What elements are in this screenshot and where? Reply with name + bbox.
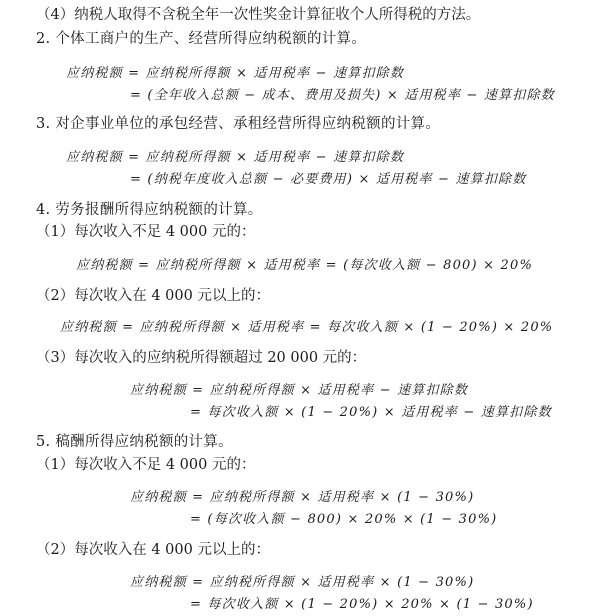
section-4-heading: 4. 劳务报酬所得应纳税额的计算。 [36, 200, 263, 220]
formula-2-line-2: = (全年收入总额 − 成本、费用及损失) × 适用税率 − 速算扣除数 [130, 86, 555, 106]
section-4-case-2: （2）每次收入在 4 000 元以上的： [36, 286, 270, 306]
formula-3-line-1: 应纳税额 = 应纳税所得额 × 适用税率 − 速算扣除数 [66, 148, 404, 168]
formula-3-line-2: = (纳税年度收入总额 − 必要费用) × 适用税率 − 速算扣除数 [130, 170, 526, 190]
section-4-case-3: （3）每次收入的应纳税所得额超过 20 000 元的： [36, 348, 366, 368]
formula-4-case-2: 应纳税额 = 应纳税所得额 × 适用税率 = 每次收入额 × (1 − 20%)… [60, 318, 553, 338]
formula-5-case-2-line-2: = 每次收入额 × (1 − 20%) × 20% × (1 − 30%) [190, 595, 534, 615]
formula-2-line-1: 应纳税额 = 应纳税所得额 × 适用税率 − 速算扣除数 [66, 64, 404, 84]
formula-4-case-1: 应纳税额 = 应纳税所得额 × 适用税率 = (每次收入额 − 800) × 2… [76, 256, 533, 276]
section-5-heading: 5. 稿酬所得应纳税额的计算。 [36, 432, 233, 452]
formula-5-case-1-line-1: 应纳税额 = 应纳税所得额 × 适用税率 × (1 − 30%) [130, 488, 474, 508]
section-5-case-1: （1）每次收入不足 4 000 元的： [36, 455, 255, 475]
formula-5-case-2-line-1: 应纳税额 = 应纳税所得额 × 适用税率 × (1 − 30%) [130, 573, 474, 593]
section-5-case-2: （2）每次收入在 4 000 元以上的： [36, 540, 270, 560]
formula-4-case-3-line-1: 应纳税额 = 应纳税所得额 × 适用税率 − 速算扣除数 [130, 381, 468, 401]
section-3-heading: 3. 对企事业单位的承包经营、承租经营所得应纳税额的计算。 [36, 114, 440, 134]
section-2-heading: 2. 个体工商户的生产、经营所得应纳税额的计算。 [36, 29, 366, 49]
formula-5-case-1-line-2: = (每次收入额 − 800) × 20% × (1 − 30%) [190, 510, 497, 530]
formula-4-case-3-line-2: = 每次收入额 × (1 − 20%) × 适用税率 − 速算扣除数 [190, 403, 552, 423]
section-4-case-1: （1）每次收入不足 4 000 元的： [36, 222, 255, 242]
item-4-bonus-method: （4）纳税人取得不含税全年一次性奖金计算征收个人所得税的方法。 [36, 5, 480, 25]
